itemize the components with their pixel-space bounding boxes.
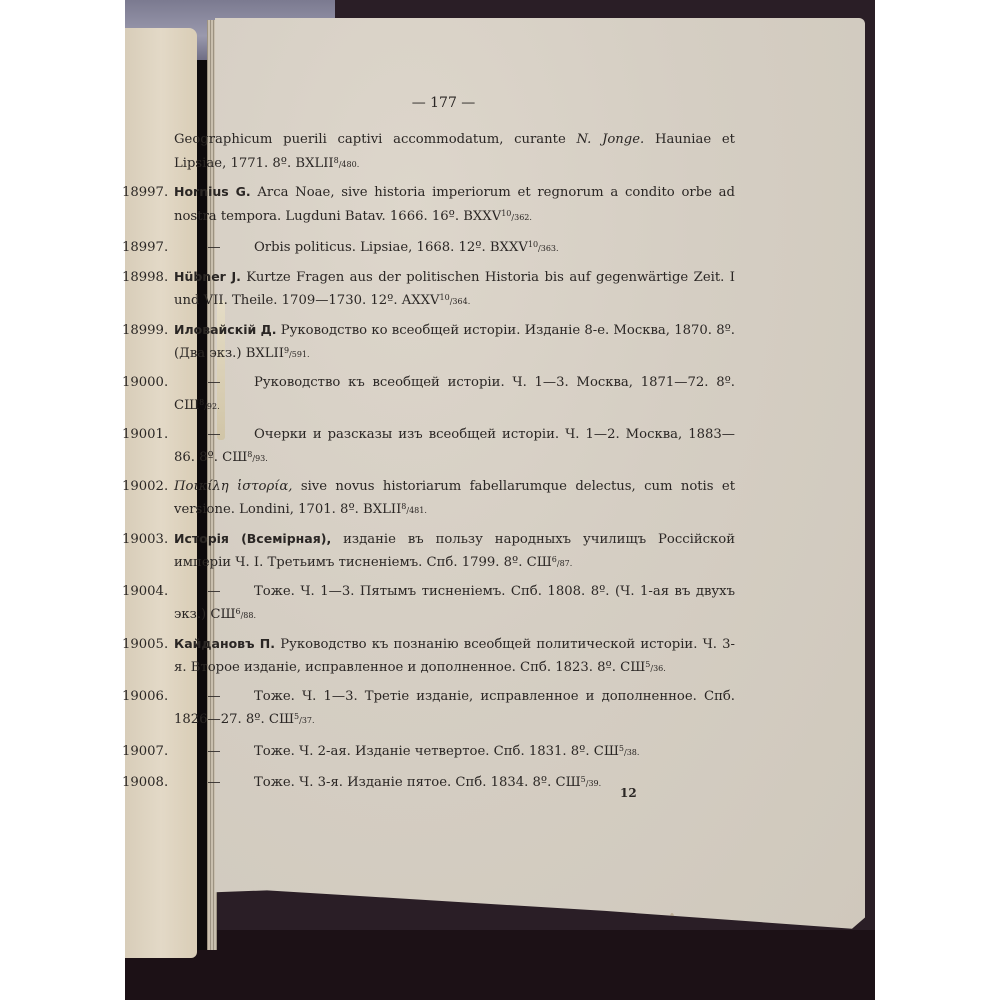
shelf-mark-sub: /93. [252, 454, 267, 463]
entry-list: Geographicum puerili captivi accommodatu… [170, 130, 735, 795]
catalog-entry: 19008.—Тоже. Ч. 3-я. Изданіе пятое. Спб.… [170, 770, 735, 795]
signature-mark: 12 [620, 786, 637, 800]
shelf-mark-sub: /362. [511, 213, 532, 222]
entry-number: 18997. [122, 183, 174, 204]
shelf-mark-sub: /92. [204, 402, 219, 411]
entry-text: Тоже. Ч. 3-я. Изданіе пятое. Спб. 1834. … [254, 775, 581, 790]
entry-author: Hornius G. [174, 184, 251, 199]
catalog-entry: 18997.—Orbis politicus. Lipsiae, 1668. 1… [170, 235, 735, 260]
shelf-mark-sub: /364. [450, 297, 471, 306]
shelf-mark-sub: /480. [339, 160, 360, 169]
shelf-mark-sup: 10 [528, 240, 538, 249]
ditto-mark: — [174, 773, 254, 794]
entry-italic: N. Jonge. [576, 132, 644, 147]
entry-number: 18999. [122, 321, 174, 342]
ditto-mark: — [174, 238, 254, 259]
catalog-entry: 19007.—Тоже. Ч. 2-ая. Изданіе четвертое.… [170, 739, 735, 764]
shelf-mark-sub: /38. [624, 748, 639, 757]
entry-text: Тоже. Ч. 1—3. Пятымъ тисненіемъ. Спб. 18… [174, 584, 735, 623]
ditto-mark: — [174, 742, 254, 763]
entry-number: 19003. [122, 530, 174, 551]
stain [315, 913, 329, 923]
shelf-mark-sub: /37. [299, 716, 314, 725]
catalog-entry: 19006.—Тоже. Ч. 1—3. Третіе изданіе, исп… [170, 687, 735, 732]
entry-author: Кайдановъ П. [174, 636, 275, 651]
catalog-entry: 18999.Иловайскій Д. Руководство ко всеоб… [170, 320, 735, 366]
entry-text: Geographicum puerili captivi accommodatu… [174, 132, 576, 147]
stain [670, 913, 674, 921]
catalog-entry: Geographicum puerili captivi accommodatu… [170, 130, 735, 175]
catalog-entry: 19002.Ποικίλη ἱστορία, sive novus histor… [170, 477, 735, 522]
shelf-mark-sup: 10 [501, 209, 511, 218]
entry-number: 19004. [122, 582, 174, 603]
entry-number: 19006. [122, 687, 174, 708]
ditto-mark: — [174, 373, 254, 394]
entry-number: 19005. [122, 635, 174, 656]
shelf-mark-sup: 10 [440, 293, 450, 302]
catalog-entry: 19000.—Руководство къ всеобщей исторіи. … [170, 373, 735, 418]
entry-text: Тоже. Ч. 2-ая. Изданіе четвертое. Спб. 1… [254, 744, 619, 759]
shelf-mark-sub: /363. [538, 244, 559, 253]
entry-author: Hübner J. [174, 269, 241, 284]
greek-title: Ποικίλη ἱστορία, [174, 479, 292, 494]
catalog-entry: 19001.—Очерки и разсказы изъ всеобщей ис… [170, 425, 735, 470]
ditto-mark: — [174, 582, 254, 603]
shelf-mark-sub: /88. [241, 611, 256, 620]
entry-text: Orbis politicus. Lipsiae, 1668. 12º. BXX… [254, 240, 528, 255]
entry-number: 19001. [122, 425, 174, 446]
page-number-header: — 177 — [152, 92, 735, 130]
table-surface [125, 930, 875, 1000]
shelf-mark-sub: /36. [650, 664, 665, 673]
catalog-entry: 18998.Hübner J. Kurtze Fragen aus der po… [170, 267, 735, 313]
ditto-mark: — [174, 425, 254, 446]
entry-text: Arca Noae, sive historia imperiorum et r… [174, 185, 735, 224]
ditto-mark: — [174, 687, 254, 708]
stain [219, 918, 227, 926]
catalog-entry: 19003.Исторія (Всемірная), изданіе въ по… [170, 529, 735, 575]
catalog-page: — 177 — Geographicum puerili captivi acc… [170, 92, 735, 802]
entry-text: Тоже. Ч. 1—3. Третіе изданіе, исправленн… [174, 689, 735, 728]
catalog-entry: 18997.Hornius G. Arca Noae, sive histori… [170, 182, 735, 228]
entry-author: Иловайскій Д. [174, 322, 277, 337]
catalog-entry: 19004.—Тоже. Ч. 1—3. Пятымъ тисненіемъ. … [170, 582, 735, 627]
shelf-mark-sub: /39. [586, 779, 601, 788]
entry-text: Руководство къ всеобщей исторіи. Ч. 1—3.… [174, 375, 735, 414]
shelf-mark-sub: /591. [289, 350, 310, 359]
entry-number: 19000. [122, 373, 174, 394]
entry-number: 19002. [122, 477, 174, 498]
entry-author: Исторія (Всемірная), [174, 531, 331, 546]
shelf-mark-sub: /87. [557, 559, 572, 568]
entry-number: 18998. [122, 268, 174, 289]
shelf-mark-sub: /481. [406, 506, 427, 515]
entry-number: 19008. [122, 773, 174, 794]
entry-number: 18997. [122, 238, 174, 259]
catalog-entry: 19005.Кайдановъ П. Руководство къ познан… [170, 634, 735, 680]
entry-number: 19007. [122, 742, 174, 763]
